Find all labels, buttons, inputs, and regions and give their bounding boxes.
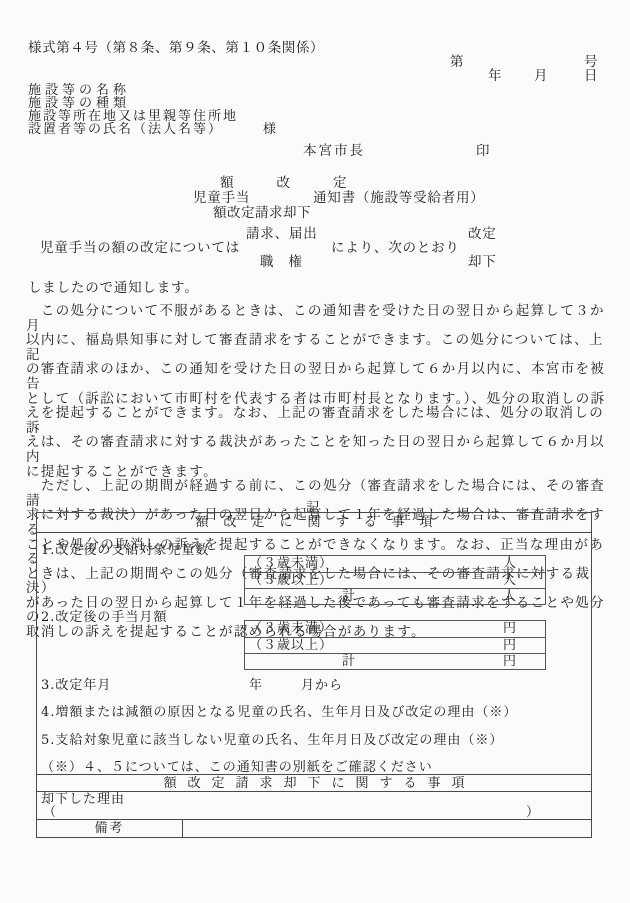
rejection-section-header: 額改定請求却下に関する事項: [37, 774, 591, 792]
date-day-label: 日: [584, 64, 598, 84]
appeal-paragraph: この処分について不服があるときは、この通知書を受けた日の翌日から起算して３か月 …: [26, 303, 605, 480]
child-count-table: （３歳未満） 人 （３歳以上） 人 計 人: [244, 555, 546, 605]
count-total-label: 計: [342, 589, 356, 604]
date-month-label: 月: [534, 64, 548, 84]
statement-middle: により、次のとおり: [331, 236, 460, 256]
notice-table: 額改定に関する事項 1.改定後の支給対象児童数 （３歳未満） 人 （３歳以上） …: [36, 512, 592, 838]
title-notice-suffix: 通知書（施設等受給者用）: [313, 186, 485, 206]
count-row-total: 計 人: [245, 588, 545, 604]
revision-section-header: 額改定に関する事項: [37, 513, 591, 533]
mayor-name: 本宮市長: [303, 139, 365, 159]
amount-total-unit: 円: [503, 654, 516, 669]
date-year-label: 年: [488, 64, 502, 84]
amount-row-under3: （３歳未満） 円: [245, 621, 545, 637]
title-option-rejection: 額改定請求却下: [213, 201, 311, 221]
form-number: 様式第４号（第８条、第９条、第１０条関係）: [28, 36, 324, 56]
allowance-amount-table: （３歳未満） 円 （３歳以上） 円 計 円: [244, 620, 546, 670]
item3-month-label: 月から: [301, 674, 343, 693]
count-over3-unit: 人: [503, 573, 516, 588]
amount-over3-unit: 円: [503, 638, 516, 653]
result-option-rejection: 却下: [468, 250, 497, 270]
remarks-row: 備考: [37, 820, 591, 838]
statement-lead: 児童手当の額の改定については: [40, 236, 240, 256]
basis-option-authority: 職権: [260, 250, 317, 270]
reason-paren-close: ）: [526, 806, 539, 819]
count-row-under3: （３歳未満） 人: [245, 556, 545, 572]
basis-option-claim-report: 請求、届出: [246, 222, 318, 242]
honorific-label: 様: [263, 118, 277, 137]
amount-total-label: 計: [342, 654, 356, 669]
amount-row-total: 計 円: [245, 653, 545, 669]
amount-over3-label: （３歳以上）: [249, 638, 333, 653]
result-option-revision: 改定: [468, 222, 497, 242]
rejection-reason-row: 却下した理由 （ ）: [37, 792, 591, 820]
item4-label: 4.増額または減額の原因となる児童の氏名、生年月日及び改定の理由（※）: [41, 701, 517, 720]
item3-year-label: 年: [249, 674, 263, 693]
count-over3-label: （３歳以上）: [249, 573, 333, 588]
attachment-note: （※）４、５については、この通知書の別紙をご確認ください: [41, 756, 433, 775]
reason-paren-open: （: [43, 806, 56, 819]
count-total-unit: 人: [503, 589, 516, 604]
remarks-label: 備考: [37, 820, 183, 838]
amount-row-over3: （３歳以上） 円: [245, 637, 545, 653]
remarks-value-cell: [183, 820, 591, 838]
count-under3-label: （３歳未満）: [249, 556, 333, 571]
count-under3-unit: 人: [503, 556, 516, 571]
notice-document-page: { "doc": { "form_number": "様式第４号（第８条、第９条…: [0, 0, 630, 903]
document-number-prefix: 第: [450, 50, 464, 70]
amount-under3-label: （３歳未満）: [249, 621, 333, 636]
item2-label: 2.改定後の手当月額: [41, 606, 167, 625]
item3-label: 3.改定年月: [41, 674, 111, 693]
statement-closing: しましたので通知します。: [28, 276, 199, 296]
owner-name-label: 設置者等の氏名（法人名等）: [28, 118, 223, 137]
seal-mark: 印: [476, 139, 490, 159]
revision-section-body: 1.改定後の支給対象児童数 （３歳未満） 人 （３歳以上） 人 計 人 2.改定…: [37, 533, 591, 774]
item5-label: 5.支給対象児童に該当しない児童の氏名、生年月日及び改定の理由（※）: [41, 729, 503, 748]
count-row-over3: （３歳以上） 人: [245, 572, 545, 588]
amount-under3-unit: 円: [503, 621, 516, 636]
item1-label: 1.改定後の支給対象児童数: [41, 539, 209, 558]
